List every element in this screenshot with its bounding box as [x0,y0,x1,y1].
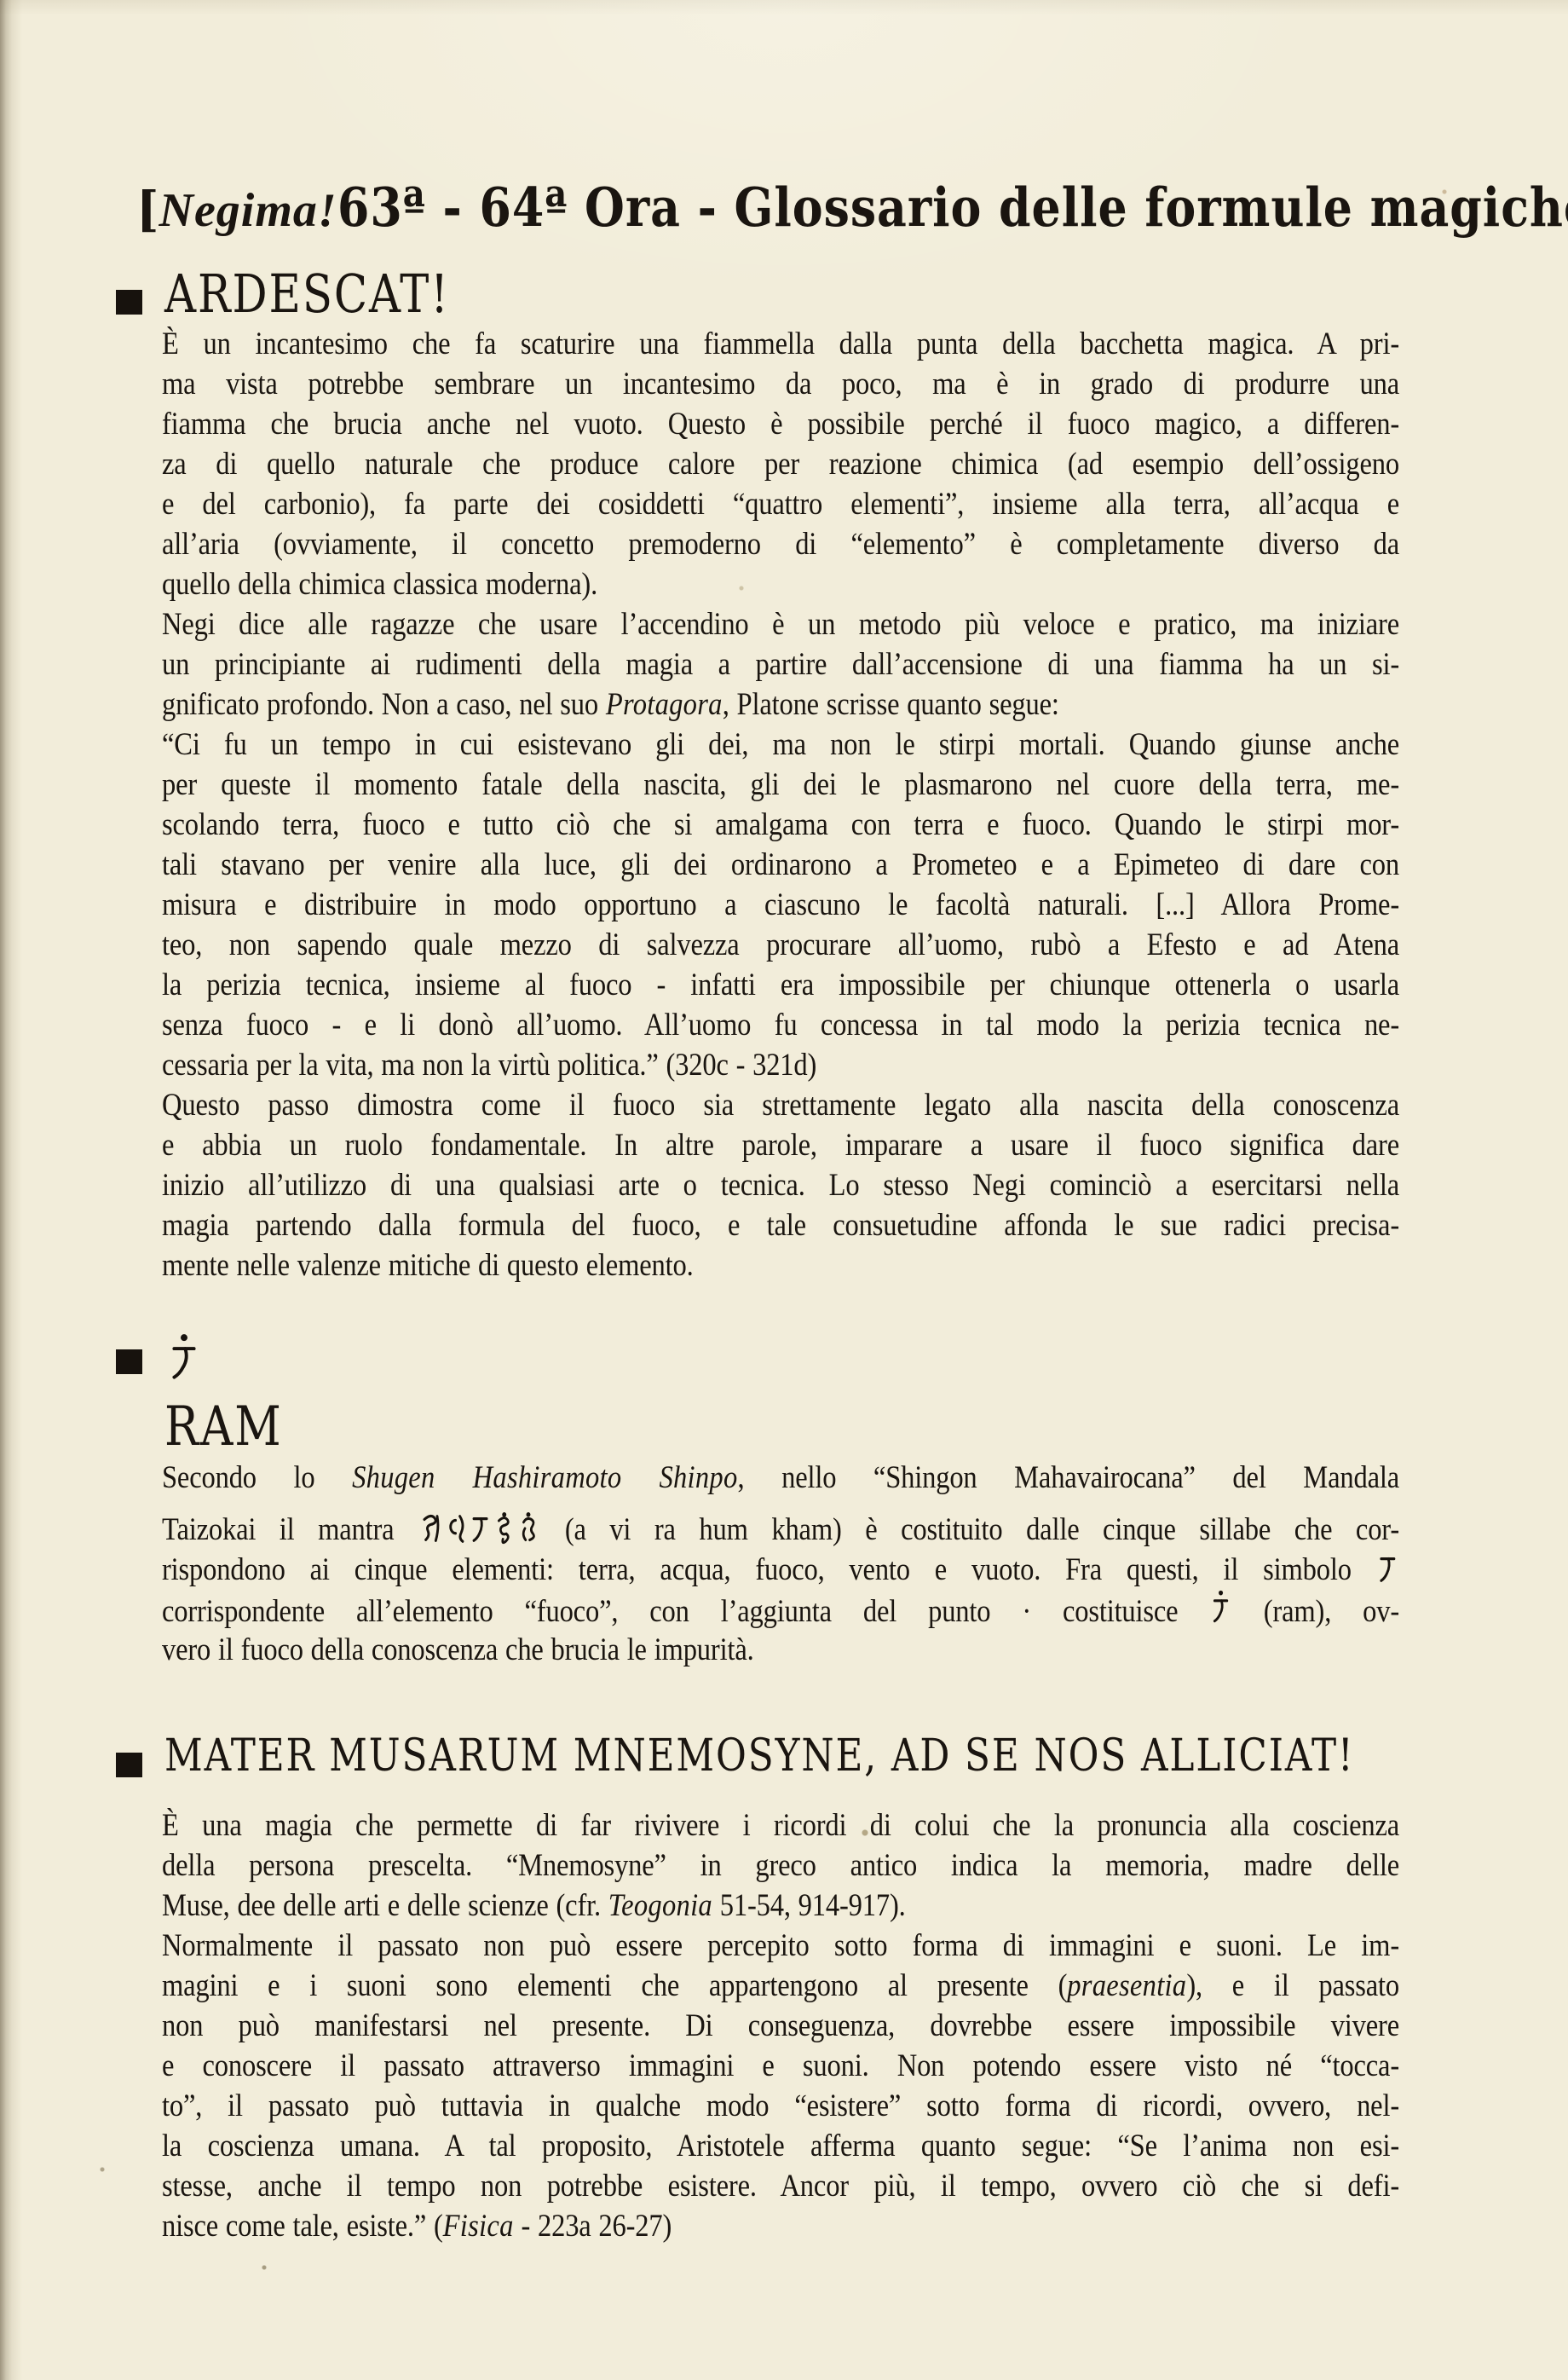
text-line: scolando terra, fuoco e tutto ciò che si… [162,805,1399,845]
text-line: Questo passo dimostra come il fuoco sia … [162,1085,1399,1125]
entry-body-text: È un incantesimo che fa scaturire una fi… [162,324,1399,1285]
text-line: È un incantesimo che fa scaturire una fi… [162,324,1399,364]
entry-body-text: È una magia che permette di far rivivere… [162,1805,1399,2246]
section-bullet-icon [116,1349,142,1374]
text-line: per queste il momento fatale della nasci… [162,765,1399,805]
text-line: magia partendo dalla formula del fuoco, … [162,1205,1399,1245]
title-series-name: Negima! [159,184,337,237]
siddham-hum-glyph [494,1511,515,1545]
text-line: vero il fuoco della conoscenza che bruci… [162,1630,1399,1670]
section-bullet-icon [116,290,142,315]
text-line: della persona prescelta. “Mnemosyne” in … [162,1846,1399,1886]
scanned-glossary-page: [Negima! 63ª - 64ª Ora - Glossario delle… [0,0,1568,2380]
text-line: È una magia che permette di far rivivere… [162,1805,1399,1846]
siddham-a-glyph [420,1511,442,1545]
text-line: non può manifestarsi nel presente. Di co… [162,2006,1399,2046]
text-line: misura e distribuire in modo opportuno a… [162,885,1399,925]
text-line: senza fuoco - e li donò all’uomo. All’uo… [162,1005,1399,1045]
text-line: nisce come tale, esiste.” (Fisica - 223a… [162,2206,1399,2246]
text-line: all’aria (ovviamente, il concetto premod… [162,524,1399,564]
text-line: quello della chimica classica moderna). [162,564,1399,604]
text-line: fiamma che brucia anche nel vuoto. Quest… [162,404,1399,444]
text-line: e del carbonio), fa parte dei cosiddetti… [162,484,1399,524]
text-line: la coscienza umana. A tal proposito, Ari… [162,2126,1399,2166]
siddham-kham-glyph [519,1511,539,1545]
text-line: stesse, anche il tempo non potrebbe esis… [162,2166,1399,2206]
text-line: la perizia tecnica, insieme al fuoco - i… [162,965,1399,1005]
section-heading-glyph [167,1333,201,1386]
text-line: to”, il passato può tuttavia in qualche … [162,2086,1399,2126]
text-line: Secondo lo Shugen Hashiramoto Shinpo, ne… [162,1458,1399,1498]
text-line: ma vista potrebbe sembrare un incantesim… [162,364,1399,404]
text-line: e conoscere il passato attraverso immagi… [162,2046,1399,2086]
title-open-bracket: [ [136,182,159,238]
title-subtitle: 63ª - 64ª Ora - Glossario delle formule … [337,179,1568,238]
section-bullet-icon [116,1753,142,1777]
entry-body-text: Secondo lo Shugen Hashiramoto Shinpo, ne… [162,1458,1399,1670]
siddham-ra-glyph [471,1511,490,1545]
text-line: inizio all’utilizzo di una qualsiasi art… [162,1165,1399,1205]
siddham-ra-glyph [1378,1551,1397,1586]
text-line: gnificato profondo. Non a caso, nel suo … [162,685,1399,725]
text-line: Normalmente il passato non può essere pe… [162,1926,1399,1966]
section-heading-ardescat: ARDESCAT! [164,269,464,323]
text-line: Negi dice alle ragazze che usare l’accen… [162,604,1399,644]
siddham-ram-glyph [170,1333,199,1386]
text-line: Muse, dee delle arti e delle scienze (cf… [162,1886,1399,1926]
text-line: e abbia un ruolo fondamentale. In altre … [162,1125,1399,1165]
text-line: un principiante ai rudimenti della magia… [162,644,1399,685]
section-heading-ram: RAM [164,1401,289,1457]
text-line: cessaria per la vita, ma non la virtù po… [162,1045,1399,1085]
text-line: corrispondente all’elemento “fuoco”, con… [162,1590,1399,1630]
text-line: rispondono ai cinque elementi: terra, ac… [162,1550,1399,1590]
text-line: mente nelle valenze mitiche di questo el… [162,1245,1399,1285]
text-line: za di quello naturale che produce calore… [162,444,1399,484]
text-line: “Ci fu un tempo in cui esistevano gli de… [162,725,1399,765]
page-title: [Negima! 63ª - 64ª Ora - Glossario delle… [136,184,1568,238]
text-line: magini e i suoni sono elementi che appar… [162,1966,1399,2006]
siddham-ram-glyph [1212,1590,1230,1627]
text-line: Taizokai il mantra (a vi ra hum kham) è … [162,1510,1399,1550]
section-heading-mnemosyne: MATER MUSARUM MNEMOSYNE, AD SE NOS ALLIC… [164,1734,1417,1780]
text-line: tali stavano per venire alla luce, gli d… [162,845,1399,885]
text-line: teo, non sapendo quale mezzo di salvezza… [162,925,1399,965]
siddham-vi-glyph [446,1511,466,1545]
